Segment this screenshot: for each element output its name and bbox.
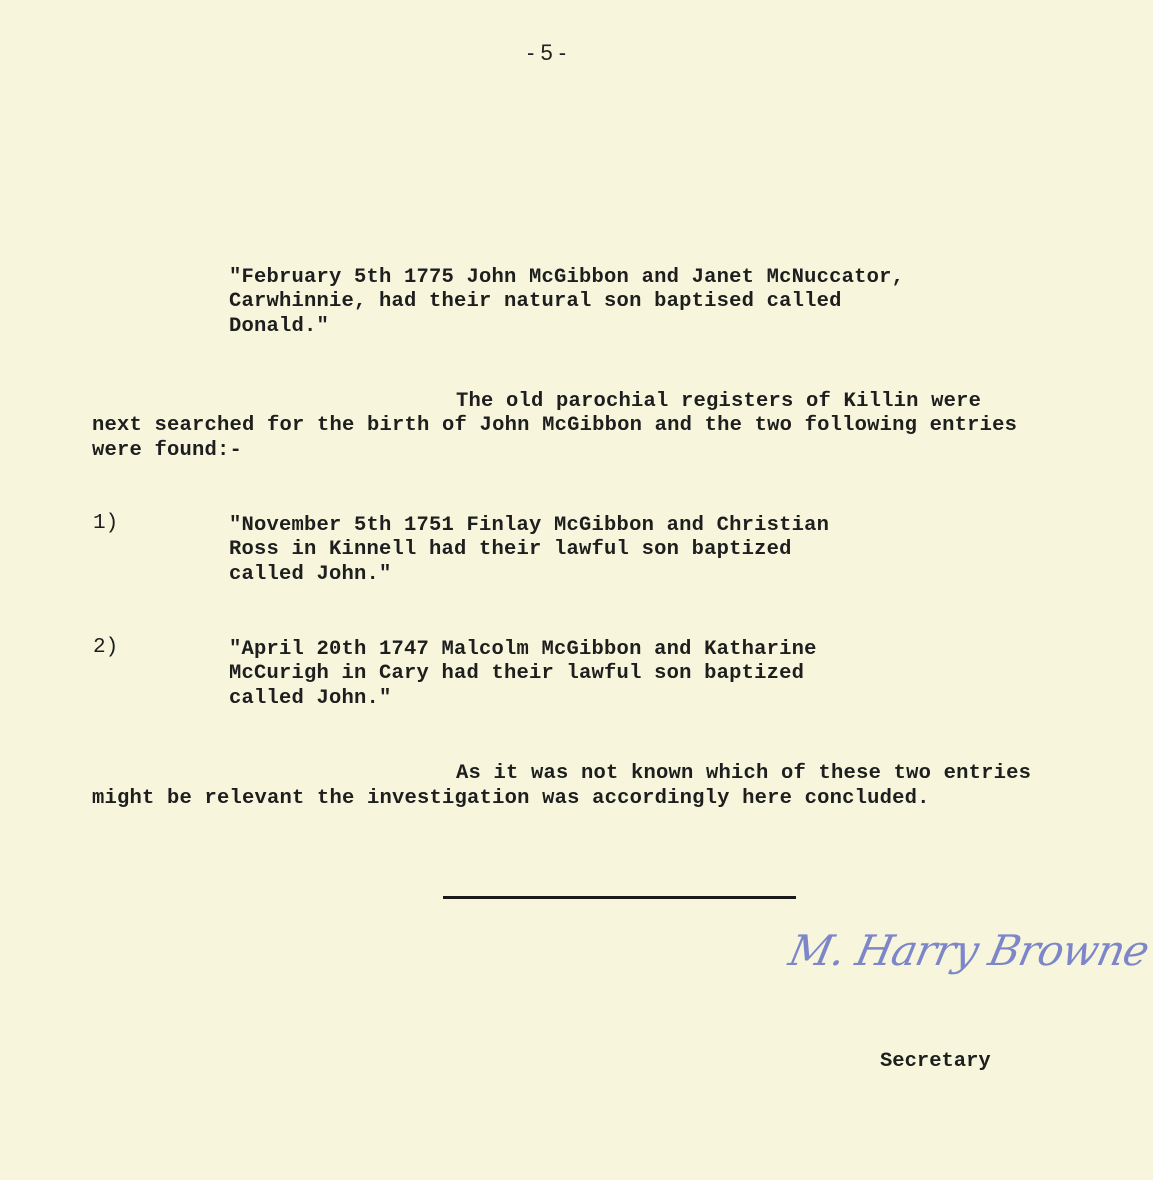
handwritten-signature: M. Harry Browne [785, 926, 1153, 975]
entry-line: McCurigh in Cary had their lawful son ba… [229, 662, 804, 687]
signatory-title: Secretary [880, 1050, 991, 1073]
entry-line: called John." [229, 563, 392, 588]
paragraph-line: were found:- [92, 439, 242, 464]
paragraph-line: next searched for the birth of John McGi… [92, 414, 1017, 439]
entry-number: 1) [93, 512, 118, 535]
paragraph-line: might be relevant the investigation was … [92, 787, 930, 812]
entry-line: called John." [229, 687, 392, 712]
entry-number: 2) [93, 636, 118, 659]
entry-line: "April 20th 1747 Malcolm McGibbon and Ka… [229, 638, 817, 663]
quote-top-line: "February 5th 1775 John McGibbon and Jan… [229, 266, 904, 291]
paragraph-line: As it was not known which of these two e… [456, 762, 1031, 787]
divider-rule [443, 896, 796, 899]
paragraph-line: The old parochial registers of Killin we… [456, 390, 981, 415]
document-page: - 5 - "February 5th 1775 John McGibbon a… [0, 0, 1153, 1180]
page-number: - 5 - [527, 40, 566, 66]
entry-line: Ross in Kinnell had their lawful son bap… [229, 538, 792, 563]
entry-line: "November 5th 1751 Finlay McGibbon and C… [229, 514, 829, 539]
quote-top-line: Donald." [229, 315, 329, 340]
quote-top-line: Carwhinnie, had their natural son baptis… [229, 290, 842, 315]
